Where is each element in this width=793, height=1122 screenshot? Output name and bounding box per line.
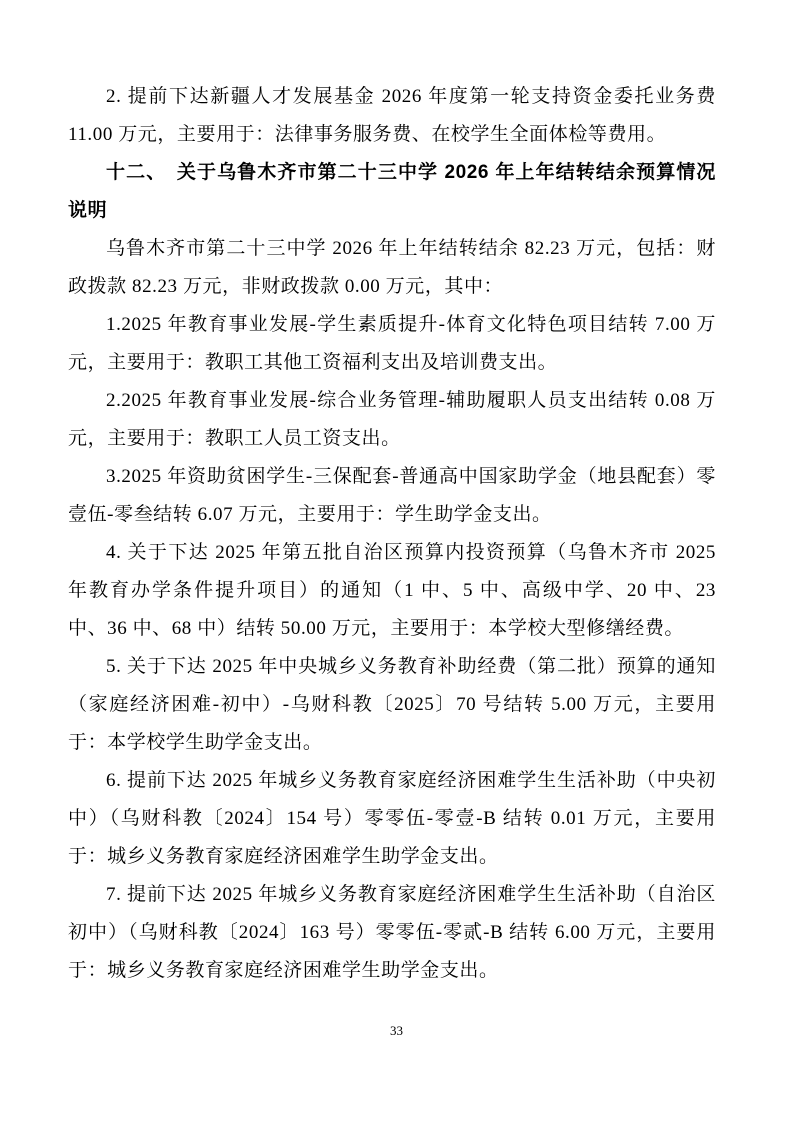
- body-paragraph: 3.2025 年资助贫困学生-三保配套-普通高中国家助学金（地县配套）零壹伍-零…: [68, 458, 716, 534]
- body-paragraph: 2. 提前下达新疆人才发展基金 2026 年度第一轮支持资金委托业务费 11.0…: [68, 78, 716, 154]
- body-paragraph: 6. 提前下达 2025 年城乡义务教育家庭经济困难学生生活补助（中央初中）（乌…: [68, 762, 716, 876]
- body-paragraph: 1.2025 年教育事业发展-学生素质提升-体育文化特色项目结转 7.00 万元…: [68, 306, 716, 382]
- document-body: 2. 提前下达新疆人才发展基金 2026 年度第一轮支持资金委托业务费 11.0…: [68, 78, 716, 990]
- page-footer: 33: [0, 1022, 793, 1040]
- body-paragraph: 5. 关于下达 2025 年中央城乡义务教育补助经费（第二批）预算的通知（家庭经…: [68, 648, 716, 762]
- body-paragraph: 2.2025 年教育事业发展-综合业务管理-辅助履职人员支出结转 0.08 万元…: [68, 382, 716, 458]
- section-heading: 十二、 关于乌鲁木齐市第二十三中学 2026 年上年结转结余预算情况说明: [68, 154, 716, 230]
- page-number: 33: [390, 1023, 403, 1038]
- document-page: 2. 提前下达新疆人才发展基金 2026 年度第一轮支持资金委托业务费 11.0…: [0, 0, 793, 1122]
- body-paragraph: 乌鲁木齐市第二十三中学 2026 年上年结转结余 82.23 万元，包括：财政拨…: [68, 230, 716, 306]
- body-paragraph: 7. 提前下达 2025 年城乡义务教育家庭经济困难学生生活补助（自治区初中）（…: [68, 876, 716, 990]
- body-paragraph: 4. 关于下达 2025 年第五批自治区预算内投资预算（乌鲁木齐市 2025 年…: [68, 534, 716, 648]
